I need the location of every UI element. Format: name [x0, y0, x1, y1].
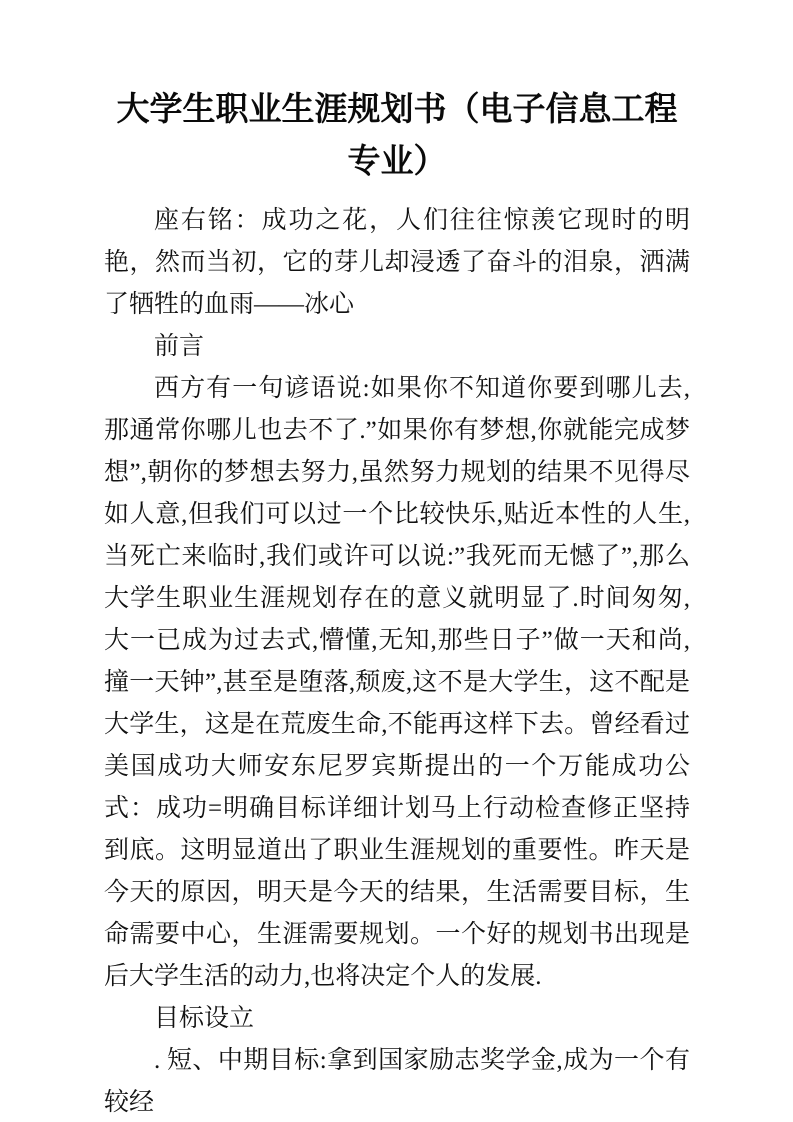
- document-title: 大学生职业生涯规划书（电子信息工程 专业）: [104, 84, 690, 188]
- document-content: 大学生职业生涯规划书（电子信息工程 专业） 座右铭：成功之花，人们往往惊羡它现时…: [104, 84, 690, 1122]
- paragraph-foreword-body: 西方有一句谚语说:如果你不知道你要到哪儿去,那通常你哪儿也去不了.”如果你有梦想…: [104, 368, 690, 998]
- document-title-line2: 专业）: [104, 136, 690, 188]
- section-heading-goals: 目标设立: [104, 998, 690, 1040]
- section-heading-foreword: 前言: [104, 326, 690, 368]
- document-title-line1: 大学生职业生涯规划书（电子信息工程: [104, 84, 690, 136]
- document-page: 大学生职业生涯规划书（电子信息工程 专业） 座右铭：成功之花，人们往往惊羡它现时…: [0, 0, 793, 1122]
- paragraph-goals-body: . 短、中期目标:拿到国家励志奖学金,成为一个有较经: [104, 1040, 690, 1122]
- paragraph-motto: 座右铭：成功之花，人们往往惊羡它现时的明艳，然而当初，它的芽儿却浸透了奋斗的泪泉…: [104, 200, 690, 326]
